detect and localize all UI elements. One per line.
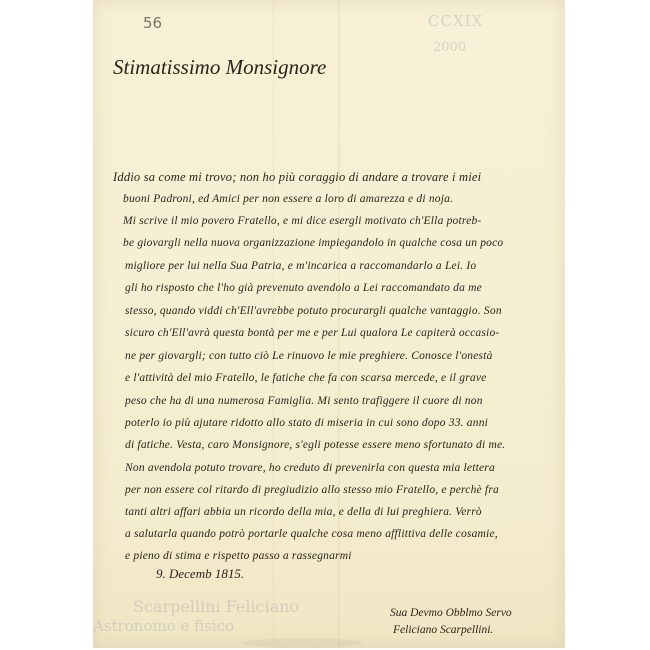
body-line: e l'attività del mio Fratello, le fatich… <box>125 372 486 384</box>
body-line: migliore per lui nella Sua Patria, e m'i… <box>125 260 476 272</box>
body-line: e pieno di stima e rispetto passo a rass… <box>125 550 352 562</box>
body-line: sicuro ch'Ell'avrà questa bontà per me e… <box>125 327 499 339</box>
body-line: gli ho risposto che l'ho già prevenuto a… <box>125 282 482 294</box>
body-line: Non avendola potuto trovare, ho creduto … <box>125 462 495 474</box>
letter-date: 9. Decemb 1815. <box>156 566 244 582</box>
archive-mark: CCXIX <box>428 12 483 30</box>
body-line: buoni Padroni, ed Amici per non essere a… <box>123 193 453 205</box>
archive-mark: 2000 <box>433 40 466 55</box>
body-line: poterlo io più ajutare ridotto allo stat… <box>125 417 488 429</box>
archive-note: Scarpellini Feliciano <box>133 597 299 616</box>
body-line: peso che ha di una numerosa Famiglia. Mi… <box>125 395 483 407</box>
signature: Feliciano Scarpellini. <box>393 624 493 636</box>
closing-formula: Sua Devmo Obblmo Servo <box>390 607 512 619</box>
body-line: per non essere col ritardo di pregiudizi… <box>125 484 499 496</box>
body-line: Iddio sa come mi trovo; non ho più corag… <box>113 170 481 185</box>
archive-note: Astronomo e fisico <box>93 617 234 635</box>
body-line: ne per giovargli; con tutto ciò Le rinuo… <box>125 350 493 362</box>
body-line: di fatiche. Vesta, caro Monsignore, s'eg… <box>125 439 505 451</box>
body-line: a salutarla quando potrò portarle qualch… <box>125 528 498 540</box>
body-line: stesso, quando viddi ch'Ell'avrebbe potu… <box>125 305 502 317</box>
salutation: Stimatissimo Monsignore <box>113 55 326 80</box>
body-line: Mi scrive il mio povero Fratello, e mi d… <box>123 215 481 227</box>
paper-stain <box>243 638 363 648</box>
body-line: tanti altri affari abbia un ricordo dell… <box>125 506 482 518</box>
folio-number: 56 <box>143 14 162 32</box>
body-line: be giovargli nella nuova organizzazione … <box>123 237 503 249</box>
letter-page: 56 CCXIX 2000 Stimatissimo Monsignore Id… <box>93 0 565 648</box>
